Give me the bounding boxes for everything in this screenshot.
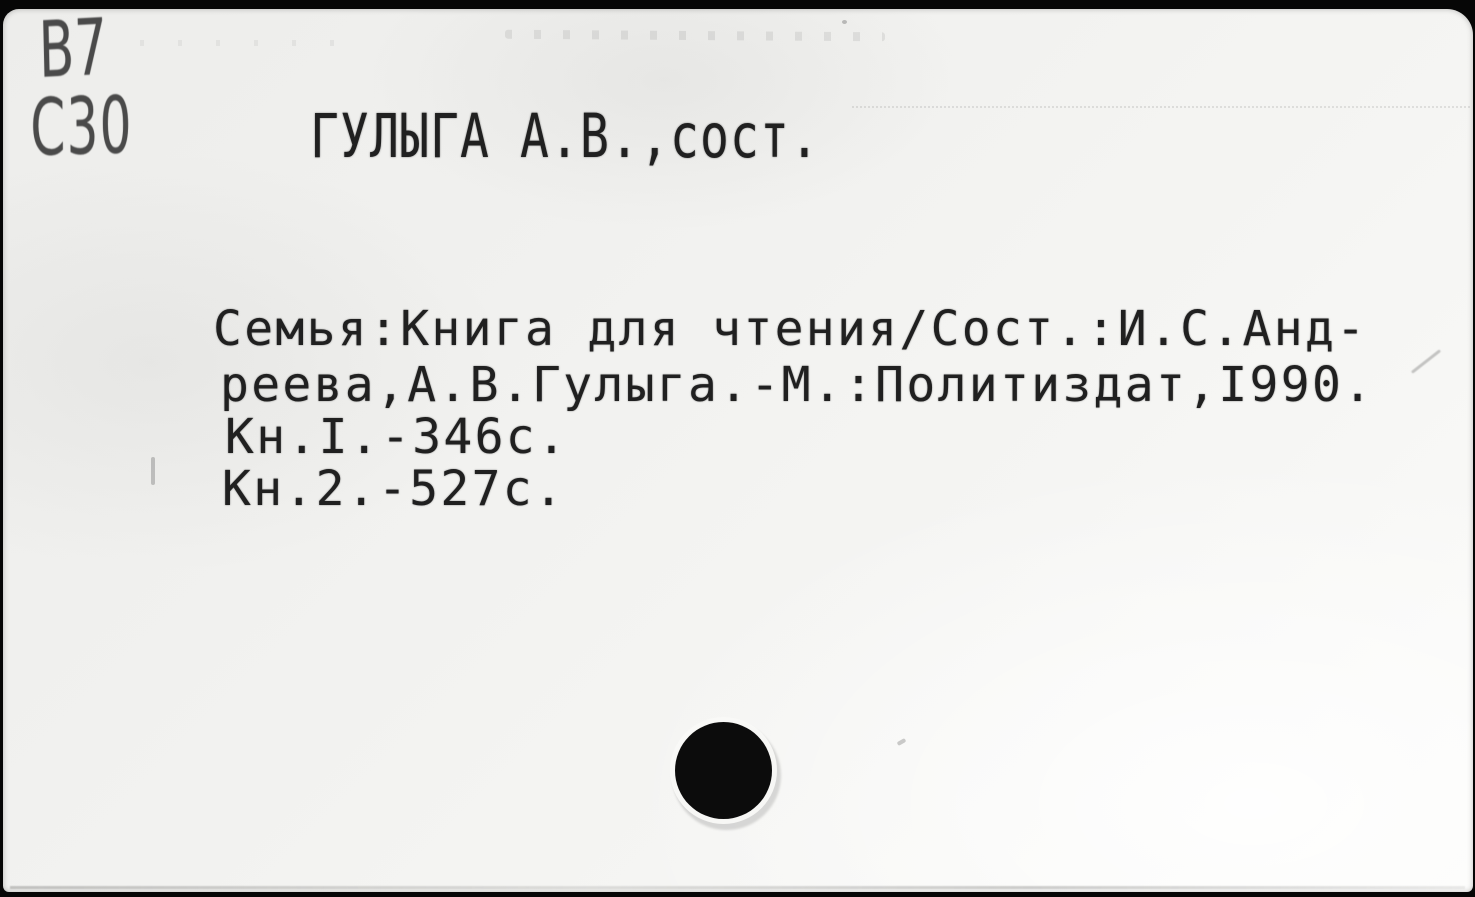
scan-artifact-speck [842,20,847,24]
compiler-heading: ГУЛЫГА А.В.,сост. [310,106,820,167]
scan-artifact-speck-row-2 [140,40,360,46]
card-bottom-edge [10,886,1465,889]
volume-2-line: Кн.2.-527с. [222,465,565,513]
scan-artifact-speck [151,457,155,485]
bibliographic-line-2: реева,А.В.Гулыга.-М.:Политиздат,I990. [220,361,1374,409]
catalog-card-scan: В7 С30 ГУЛЫГА А.В.,сост. Семья:Книга для… [0,0,1475,897]
hole-punch-icon [675,722,772,819]
volume-1-line: Кн.I.-346с. [225,413,568,461]
bibliographic-line-1: Семья:Книга для чтения/Сост.:И.С.Анд- [213,305,1367,353]
call-number-class-code: В7 [38,8,108,90]
call-number-author-mark: С30 [30,87,133,168]
scan-artifact-dotted-line [852,106,1470,108]
